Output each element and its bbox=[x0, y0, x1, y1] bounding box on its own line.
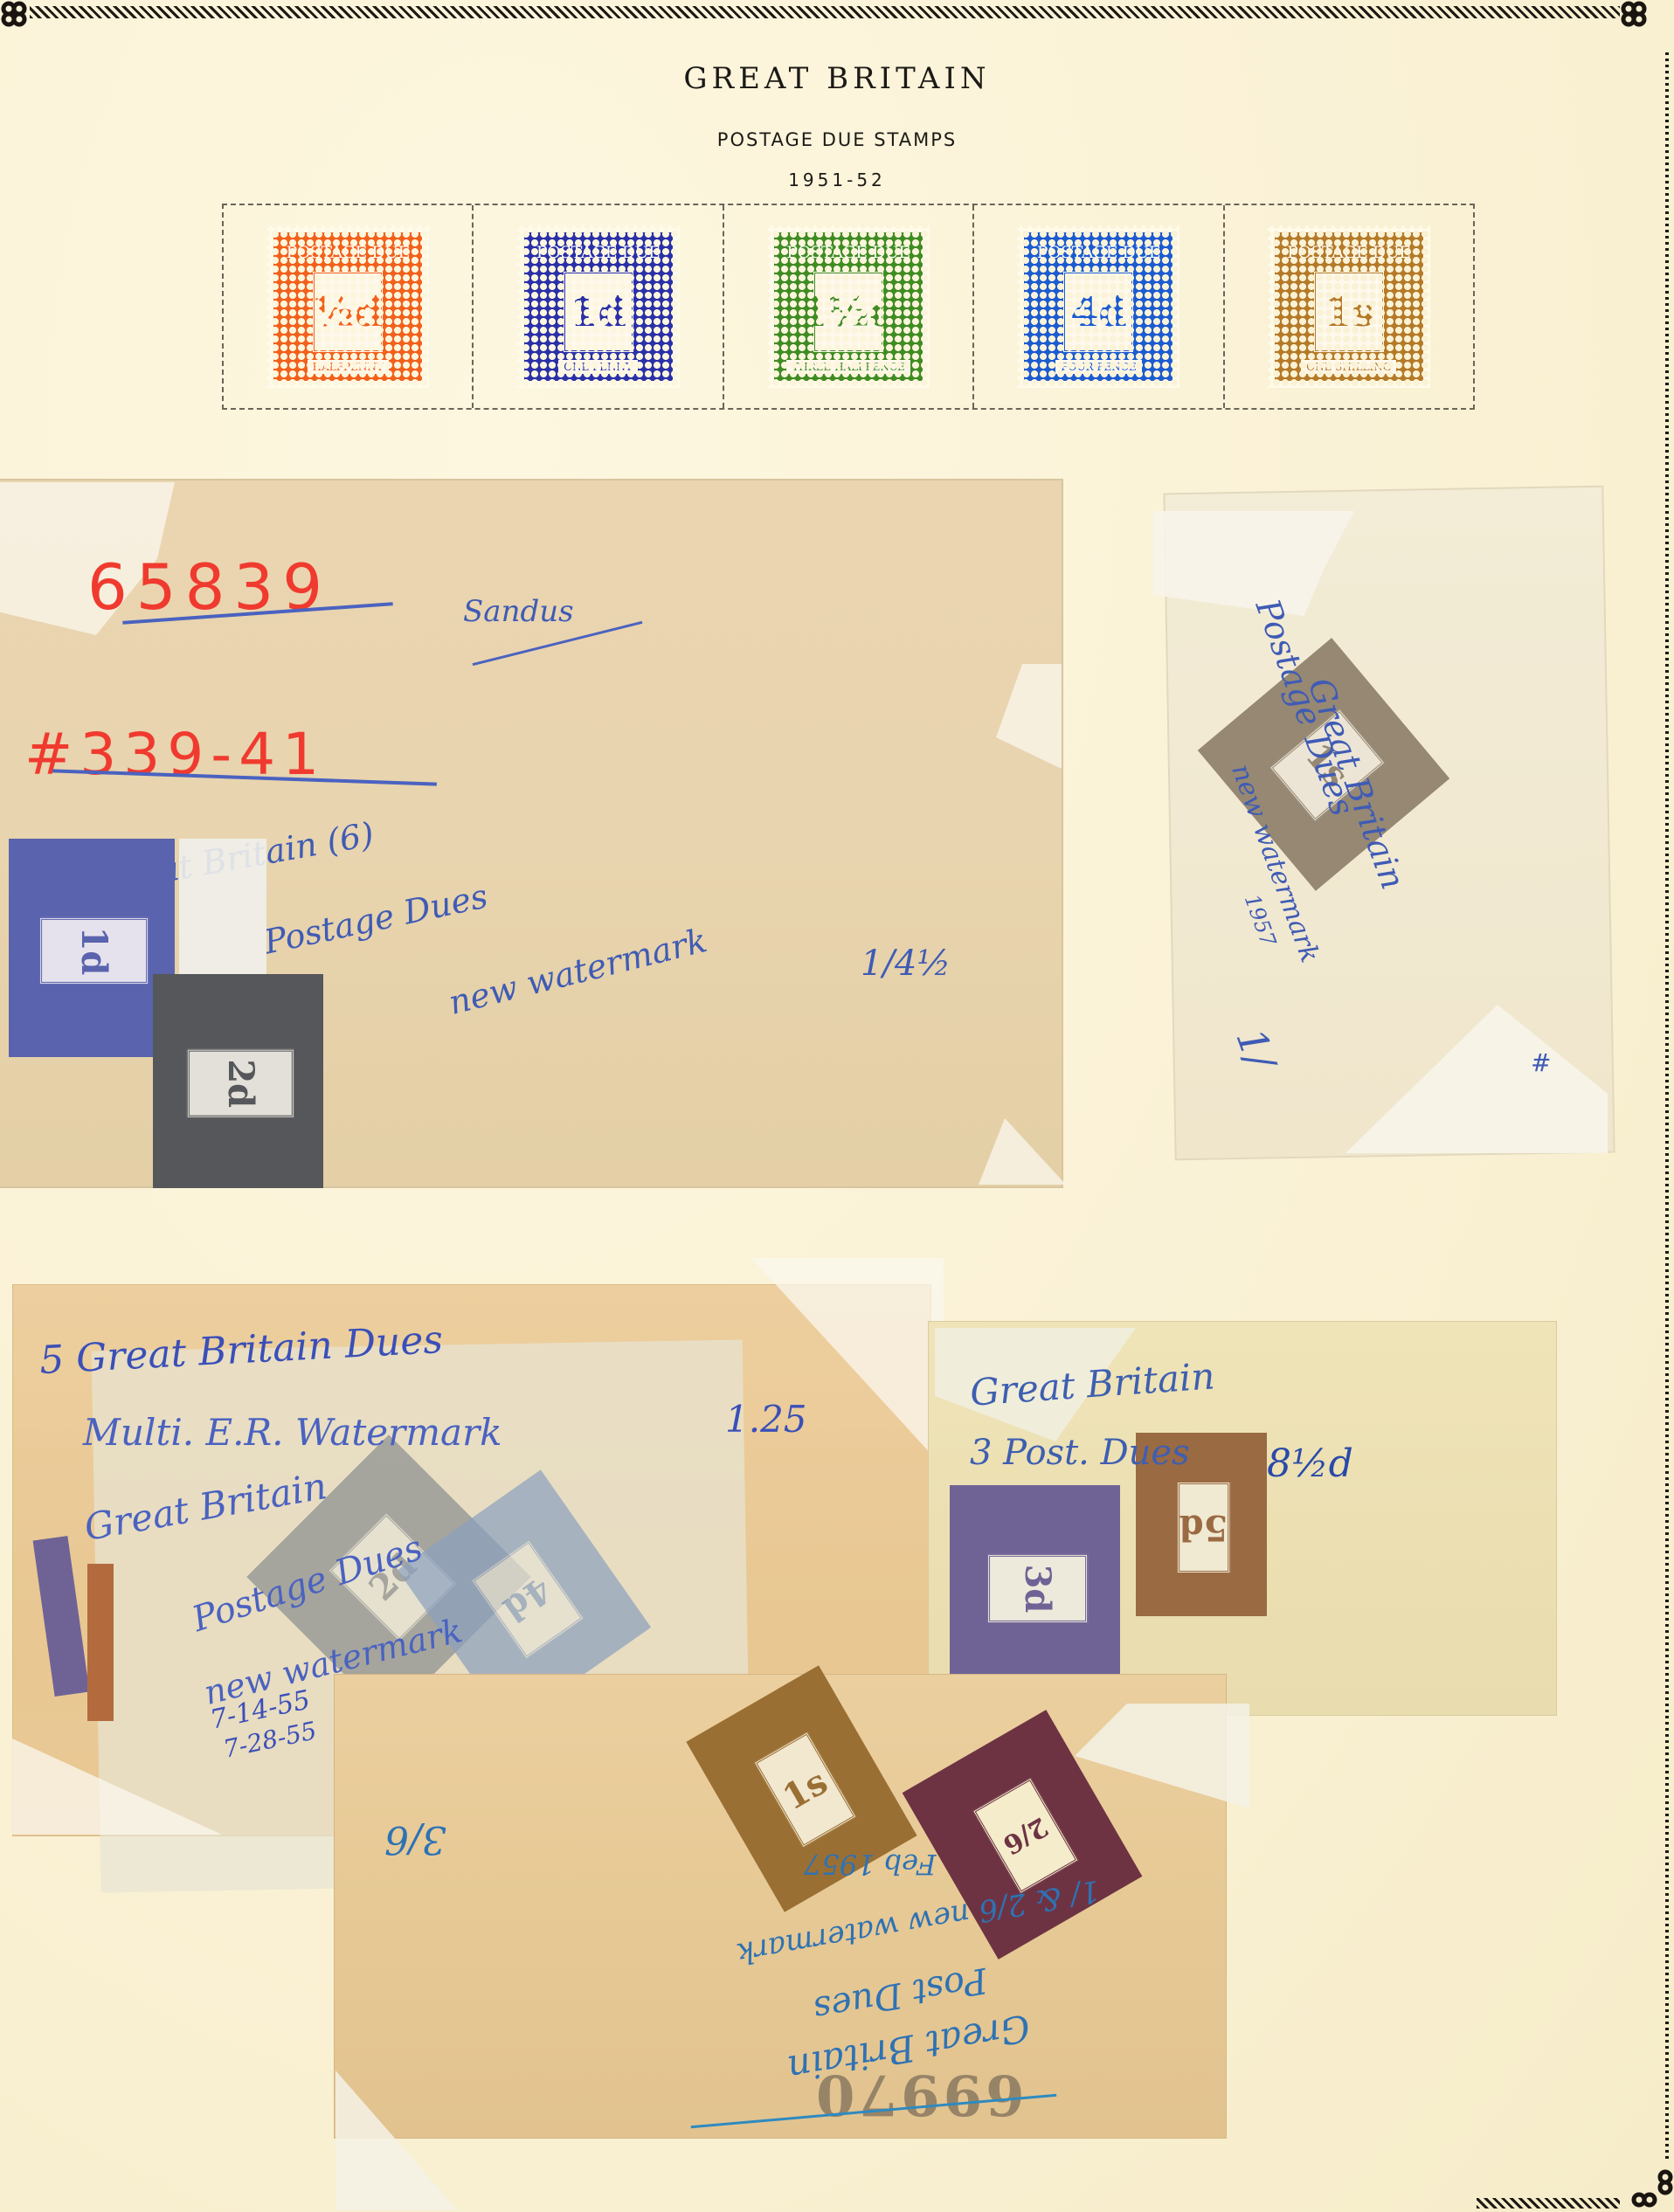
page-border-top bbox=[30, 6, 1620, 18]
note-code: # bbox=[1531, 1048, 1551, 1077]
stamp-header: POSTAGE DUE bbox=[536, 243, 660, 262]
note-inventory-number: 69970 bbox=[813, 2062, 1025, 2127]
stamp-mount: POSTAGE DUE 1½d THREE HALFPENCE bbox=[724, 205, 974, 408]
stamp: POSTAGE DUE ½d HALFPENNY bbox=[266, 225, 429, 388]
stamp-mount: POSTAGE DUE 1s ONE SHILLING bbox=[1225, 205, 1473, 408]
stamp-value: 1½d bbox=[813, 271, 884, 353]
stamp-edge-brown bbox=[87, 1564, 114, 1721]
stamp-mount: POSTAGE DUE 4d FOUR PENCE bbox=[974, 205, 1224, 408]
stamp-denomination: HALFPENNY bbox=[308, 360, 389, 374]
stamp-value: 4d bbox=[1062, 271, 1134, 353]
stamp-header: POSTAGE DUE bbox=[1287, 243, 1410, 262]
note-date: Feb 1957 bbox=[804, 1848, 936, 1881]
stamp-denomination: THREE HALFPENCE bbox=[786, 360, 910, 374]
stamp-header: POSTAGE DUE bbox=[786, 243, 910, 262]
page-border-right bbox=[1665, 52, 1669, 2160]
corner-ornament-icon bbox=[1622, 2168, 1674, 2212]
stamp-denomination: ONE SHILLING bbox=[1301, 360, 1396, 374]
page-subtitle: POSTAGE DUE STAMPS bbox=[0, 129, 1674, 150]
stamp-one-penny: 1d bbox=[9, 839, 175, 1057]
note-price: 8½d bbox=[1267, 1441, 1353, 1486]
corner-ornament-icon bbox=[0, 0, 31, 30]
note-inventory-number: 65839 bbox=[87, 550, 331, 624]
stamp: POSTAGE DUE 4d FOUR PENCE bbox=[1017, 225, 1179, 388]
stamp-mount: POSTAGE DUE 1d ONE PENNY bbox=[474, 205, 723, 408]
note-count-description: 3 Post. Dues bbox=[970, 1433, 1190, 1473]
stamp-mount-row: POSTAGE DUE ½d HALFPENNY POSTAGE DUE 1d … bbox=[222, 204, 1475, 410]
note-price: 3/6 bbox=[384, 1817, 446, 1862]
stamp-value: 1d bbox=[563, 271, 634, 353]
corner-ornament-icon bbox=[1620, 0, 1655, 30]
stamp-two-pence: 2d bbox=[153, 974, 323, 1188]
page-border-bottom bbox=[1477, 2198, 1620, 2209]
issue-years: 1951-52 bbox=[0, 169, 1674, 190]
stamp-mount: POSTAGE DUE ½d HALFPENNY bbox=[224, 205, 474, 408]
page-title: GREAT BRITAIN bbox=[0, 61, 1674, 96]
stamp-header: POSTAGE DUE bbox=[1037, 243, 1160, 262]
stamp-value: ½d bbox=[312, 271, 384, 353]
stamp: POSTAGE DUE 1s ONE SHILLING bbox=[1268, 225, 1430, 388]
stamp-denomination: FOUR PENCE bbox=[1055, 360, 1141, 374]
note-watermark: Multi. E.R. Watermark bbox=[83, 1411, 502, 1454]
stamp: POSTAGE DUE 1d ONE PENNY bbox=[517, 225, 680, 388]
note-sandus: Sandus bbox=[463, 594, 574, 629]
stamp-header: POSTAGE DUE bbox=[286, 243, 409, 262]
note-price: 1/4½ bbox=[861, 944, 951, 984]
stamp: POSTAGE DUE 1½d THREE HALFPENCE bbox=[767, 225, 930, 388]
stamp-value: 1s bbox=[1313, 271, 1385, 353]
note-price: 1.25 bbox=[725, 1398, 807, 1441]
stamp-three-pence: 3d bbox=[950, 1485, 1120, 1686]
stamp-denomination: ONE PENNY bbox=[558, 360, 638, 374]
